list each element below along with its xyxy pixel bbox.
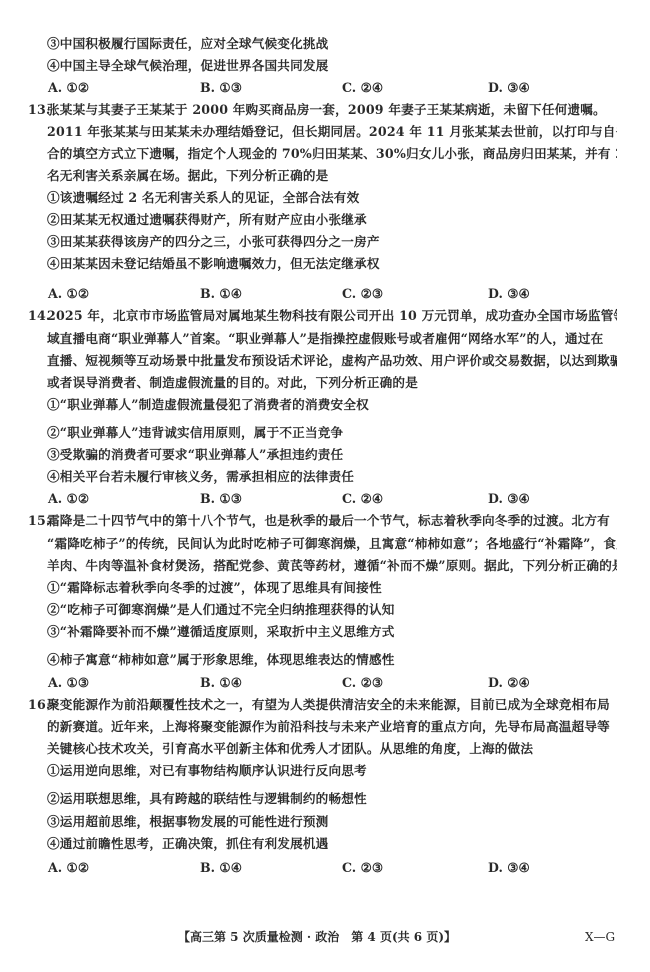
q15-option-c: C. ②③ <box>342 675 383 691</box>
q12-options: A. ①② B. ①③ C. ②④ D. ③④ <box>0 80 650 96</box>
q15-number: 15. <box>28 513 47 529</box>
q16-stem-line-2: 的新赛道。近年来，上海将聚变能源作为前沿科技与未来产业培育的重点方向，先导布局高… <box>47 719 617 735</box>
q13-statement-2: ②田某某无权通过遗嘱获得财产，所有财产应由小张继承 <box>47 212 617 228</box>
q16-option-d: D. ③④ <box>488 860 530 876</box>
q14-option-d: D. ③④ <box>488 491 530 507</box>
q16-stem-text: 聚变能源作为前沿颠覆性技术之一，有望为人类提供清洁安全的未来能源，目前已成为全球… <box>47 697 610 712</box>
q12-option-b: B. ①③ <box>200 80 242 96</box>
q13-number: 13. <box>28 102 47 118</box>
q15-statement-1: ①“霜降标志着秋季向冬季的过渡”，体现了思维具有间接性 <box>47 580 617 596</box>
q16-stem-line-3: 关键核心技术攻关，引育高水平创新主体和优秀人才团队。从思维的角度，上海的做法 <box>47 741 617 757</box>
q16-statement-4: ④通过前瞻性思考，正确决策，抓住有利发展机遇 <box>47 836 617 852</box>
q16-option-b: B. ①④ <box>200 860 242 876</box>
q14-stem-line-3: 直播、短视频等互动场景中批量发布预设话术评论，虚构产品功效、用户评价或交易数据，… <box>47 353 617 369</box>
q13-statement-3: ③田某某获得该房产的四分之三，小张可获得四分之一房产 <box>47 234 617 250</box>
q14-options: A. ①② B. ①③ C. ②④ D. ③④ <box>0 491 650 507</box>
q15-statement-3: ③“补霜降要补而不燥”遵循适度原则，采取折中主义思维方式 <box>47 624 617 640</box>
q15-stem-line-1: 15.霜降是二十四节气中的第十八个节气，也是秋季的最后一个节气，标志着秋季向冬季… <box>28 513 617 529</box>
q14-stem-line-2: 域直播电商“职业弹幕人”首案。“职业弹幕人”是指操控虚假账号或者雇佣“网络水军”… <box>47 331 617 347</box>
q12-option-d: D. ③④ <box>488 80 530 96</box>
q15-stem-line-2: “霜降吃柿子”的传统，民间认为此时吃柿子可御寒润燥，且寓意“柿柿如意”；各地盛行… <box>47 536 617 552</box>
q15-statement-2: ②“吃柿子可御寒润燥”是人们通过不完全归纳推理获得的认知 <box>47 602 617 618</box>
q14-option-b: B. ①③ <box>200 491 242 507</box>
q13-stem-line-2: 2011 年张某某与田某某未办理结婚登记，但长期同居。2024 年 11 月张某… <box>47 124 617 140</box>
q13-stem-line-1: 13.张某某与其妻子王某某于 2000 年购买商品房一套，2009 年妻子王某某… <box>28 102 617 118</box>
q15-stem-line-3: 羊肉、牛肉等温补食材煲汤，搭配党参、黄芪等药材，遵循“补而不燥”原则。据此，下列… <box>47 558 617 574</box>
q16-statement-1: ①运用逆向思维，对已有事物结构顺序认识进行反向思考 <box>47 763 617 779</box>
q16-option-a: A. ①② <box>48 860 89 876</box>
q15-stem-text: 霜降是二十四节气中的第十八个节气，也是秋季的最后一个节气，标志着秋季向冬季的过渡… <box>47 513 610 528</box>
q14-stem-line-4: 或者误导消费者、制造虚假流量的目的。对此，下列分析正确的是 <box>47 375 617 391</box>
q14-number: 14. <box>28 308 47 324</box>
q14-statement-2: ②“职业弹幕人”违背诚实信用原则，属于不正当竞争 <box>47 425 617 441</box>
q15-options: A. ①③ B. ①④ C. ②③ D. ②④ <box>0 675 650 691</box>
q13-option-d: D. ③④ <box>488 286 530 302</box>
q16-option-c: C. ②③ <box>342 860 383 876</box>
q16-statement-3: ③运用超前思维，根据事物发展的可能性进行预测 <box>47 814 617 830</box>
q15-statement-4: ④柿子寓意“柿柿如意”属于形象思维，体现思维表达的情感性 <box>47 652 617 668</box>
q14-option-c: C. ②④ <box>342 491 383 507</box>
q13-stem-text: 张某某与其妻子王某某于 2000 年购买商品房一套，2009 年妻子王某某病逝，… <box>47 102 606 117</box>
page-footer: 【高三第 5 次质量检测 · 政治 第 4 页(共 6 页)】 X—G <box>0 929 650 945</box>
q16-stem-line-1: 16.聚变能源作为前沿颠覆性技术之一，有望为人类提供清洁安全的未来能源，目前已成… <box>28 697 617 713</box>
q13-options: A. ①② B. ①④ C. ②③ D. ③④ <box>0 286 650 302</box>
footer-code: X—G <box>585 929 615 945</box>
q14-stem-text: 2025 年，北京市市场监管局对属地某生物科技有限公司开出 10 万元罚单，成功… <box>47 308 617 323</box>
q13-option-c: C. ②③ <box>342 286 383 302</box>
q14-statement-3: ③受欺骗的消费者可要求“职业弹幕人”承担违约责任 <box>47 447 617 463</box>
exam-page: ③中国积极履行国际责任，应对全球气候变化挑战 ④中国主导全球气候治理，促进世界各… <box>0 0 650 972</box>
q16-statement-2: ②运用联想思维，具有跨越的联结性与逻辑制约的畅想性 <box>47 791 617 807</box>
q12-statement-4: ④中国主导全球气候治理，促进世界各国共同发展 <box>47 58 617 74</box>
q13-statement-4: ④田某某因未登记结婚虽不影响遗嘱效力，但无法定继承权 <box>47 256 617 272</box>
q13-option-a: A. ①② <box>48 286 89 302</box>
q13-option-b: B. ①④ <box>200 286 242 302</box>
q16-options: A. ①② B. ①④ C. ②③ D. ③④ <box>0 860 650 876</box>
q14-stem-line-1: 14.2025 年，北京市市场监管局对属地某生物科技有限公司开出 10 万元罚单… <box>28 308 617 324</box>
q12-statement-3: ③中国积极履行国际责任，应对全球气候变化挑战 <box>47 36 617 52</box>
q15-option-a: A. ①③ <box>48 675 89 691</box>
q16-number: 16. <box>28 697 47 713</box>
q14-option-a: A. ①② <box>48 491 89 507</box>
q13-stem-line-4: 名无利害关系亲属在场。据此，下列分析正确的是 <box>47 168 617 184</box>
q13-statement-1: ①该遗嘱经过 2 名无利害关系人的见证，全部合法有效 <box>47 190 617 206</box>
q12-option-a: A. ①② <box>48 80 89 96</box>
footer-title: 【高三第 5 次质量检测 · 政治 第 4 页(共 6 页)】 <box>178 929 456 945</box>
q15-option-b: B. ①④ <box>200 675 242 691</box>
q13-stem-line-3: 合的填空方式立下遗嘱，指定个人现金的 70%归田某某、30%归女儿小张，商品房归… <box>47 146 617 162</box>
q12-option-c: C. ②④ <box>342 80 383 96</box>
q14-statement-4: ④相关平台若未履行审核义务，需承担相应的法律责任 <box>47 469 617 485</box>
q15-option-d: D. ②④ <box>488 675 530 691</box>
q14-statement-1: ①“职业弹幕人”制造虚假流量侵犯了消费者的消费安全权 <box>47 397 617 413</box>
